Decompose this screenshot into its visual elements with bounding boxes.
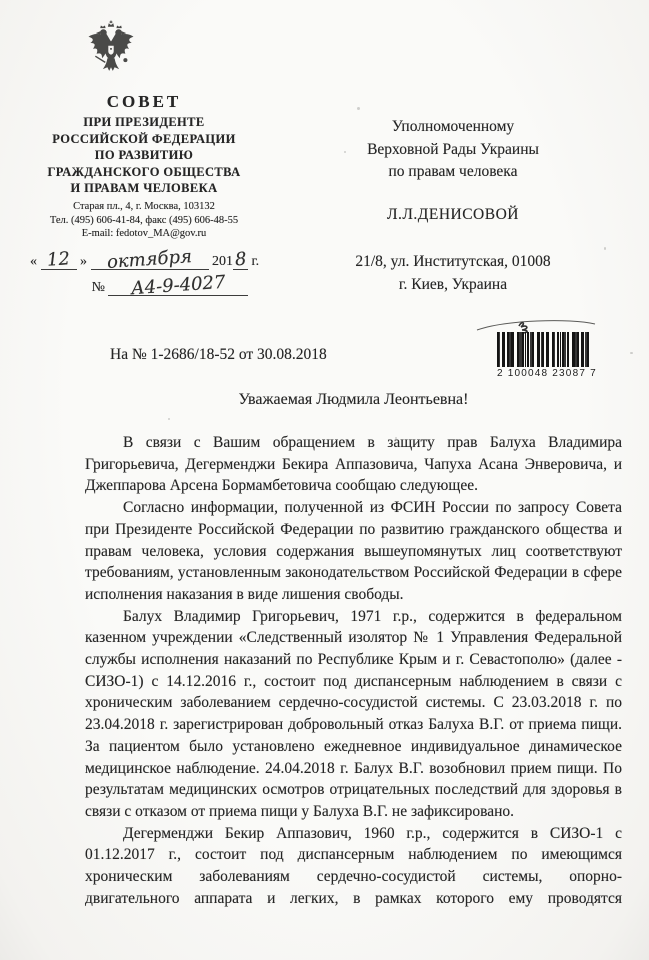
reference-line: На № 1-2686/18-52 от 30.08.2018 xyxy=(110,346,327,364)
org-phone-fax: Тел. (495) 606-41-84, факс (495) 606-48-… xyxy=(28,214,260,228)
quote-close: » xyxy=(80,254,87,269)
body-paragraph: В связи с Вашим обращением в защиту прав… xyxy=(85,432,622,497)
letterhead-contacts: Старая пл., 4, г. Москва, 103132 Тел. (4… xyxy=(28,200,260,241)
russia-coat-of-arms-icon xyxy=(84,20,138,84)
org-address: Старая пл., 4, г. Москва, 103132 xyxy=(28,200,260,214)
scan-speck xyxy=(168,418,170,420)
scan-speck xyxy=(344,151,346,153)
body-paragraph: Дегерменджи Бекир Аппазович, 1960 г.р., … xyxy=(85,823,622,910)
org-line: ГРАЖДАНСКОГО ОБЩЕСТВА xyxy=(28,164,260,181)
barcode-bars xyxy=(497,332,589,367)
letter-body: В связи с Вашим обращением в защиту прав… xyxy=(85,432,622,909)
addressee-block: Уполномоченному Верховной Рады Украины п… xyxy=(338,116,568,184)
org-line: ПРИ ПРЕЗИДЕНТЕ xyxy=(28,114,260,131)
addressee-name: Л.Л.ДЕНИСОВОЙ xyxy=(338,206,568,224)
org-title: СОВЕТ xyxy=(28,92,260,112)
registration-barcode: 2 100048 23087 7 xyxy=(497,316,597,379)
body-paragraph: Балух Владимир Григорьевич, 1971 г.р., с… xyxy=(85,606,622,823)
outgoing-date-line: « 12 » октября 2018 г. xyxy=(30,252,290,270)
scan-speck xyxy=(395,437,397,439)
org-line: ПО РАЗВИТИЮ xyxy=(28,147,260,164)
outgoing-number-line: № А4-9-4027 xyxy=(60,278,280,296)
org-email: E-mail: fedotov_MA@gov.ru xyxy=(28,227,260,241)
addressee-street: 21/8, ул. Институтская, 01008 xyxy=(330,250,576,273)
body-paragraph: Согласно информации, полученной из ФСИН … xyxy=(85,497,622,606)
barcode-digits: 2 100048 23087 7 xyxy=(497,368,597,379)
handwritten-outgoing-number: А4-9-4027 xyxy=(131,275,226,297)
addressee-address: 21/8, ул. Институтская, 01008 г. Киев, У… xyxy=(330,250,576,296)
org-line: И ПРАВАМ ЧЕЛОВЕКА xyxy=(28,180,260,197)
addressee-line: Верховной Рады Украины xyxy=(338,139,568,162)
salutation: Уважаемая Людмила Леонтьевна! xyxy=(85,391,622,409)
letterhead-org-name: СОВЕТ ПРИ ПРЕЗИДЕНТЕ РОССИЙСКОЙ ФЕДЕРАЦИ… xyxy=(28,92,260,197)
handwritten-month: октября xyxy=(107,249,193,270)
addressee-line: Уполномоченному xyxy=(338,116,568,139)
handwritten-day: 12 xyxy=(47,251,71,268)
scan-speck xyxy=(357,107,360,110)
year-suffix: г. xyxy=(252,254,260,269)
handwritten-year-digit: 8 xyxy=(234,252,246,268)
number-label: № xyxy=(92,280,105,295)
year-printed: 201 xyxy=(212,254,233,269)
scanned-letter-page: СОВЕТ ПРИ ПРЕЗИДЕНТЕ РОССИЙСКОЙ ФЕДЕРАЦИ… xyxy=(0,0,649,960)
scan-speck xyxy=(630,352,633,354)
scan-speck xyxy=(604,247,606,250)
quote-open: « xyxy=(30,254,37,269)
addressee-city: г. Киев, Украина xyxy=(330,273,576,296)
addressee-line: по правам человека xyxy=(338,161,568,184)
org-line: РОССИЙСКОЙ ФЕДЕРАЦИИ xyxy=(28,131,260,148)
